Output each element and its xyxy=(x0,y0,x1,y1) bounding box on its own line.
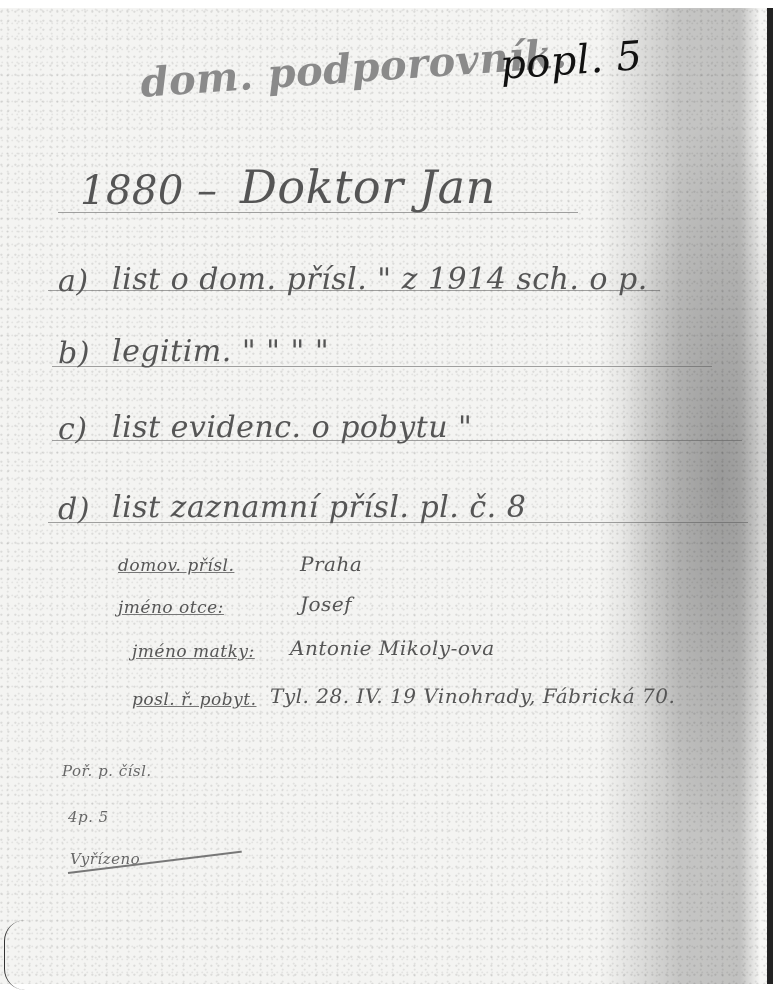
note-line-1: Poř. p. čísl. xyxy=(62,762,152,780)
ruled-line xyxy=(52,440,742,441)
field-label-mother: jméno matky: xyxy=(132,642,255,662)
header-reference: popl. 5 xyxy=(499,33,644,89)
item-c-marker: c) xyxy=(58,412,88,447)
item-a-marker: a) xyxy=(58,264,89,299)
title-name: Doktor Jan xyxy=(240,160,496,214)
field-label-domicile: domov. přísl. xyxy=(118,556,234,576)
field-label-last-residence: posl. ř. pobyt. xyxy=(132,690,257,710)
field-value-domicile: Praha xyxy=(300,552,362,576)
scan-edge-bottom xyxy=(0,984,773,1000)
field-value-mother: Antonie Mikoly-ova xyxy=(290,636,495,660)
paper-fold-mark xyxy=(4,920,25,990)
ruled-line xyxy=(52,366,712,367)
note-line-2: 4p. 5 xyxy=(68,808,109,826)
ruled-line xyxy=(48,290,660,291)
scan-edge-right xyxy=(767,8,773,988)
field-value-last-residence: Tyl. 28. IV. 19 Vinohrady, Fábrická 70. xyxy=(270,684,675,708)
ruled-line xyxy=(58,212,578,213)
scan-edge-top xyxy=(0,0,773,8)
field-label-father: jméno otce: xyxy=(118,598,224,618)
field-value-father: Josef xyxy=(300,592,352,616)
item-d-text: list zaznamní přísl. pl. č. 8 xyxy=(112,490,526,525)
scanned-document-page: dom. podporovník. popl. 5 1880 – Doktor … xyxy=(0,0,773,1000)
ruled-line xyxy=(48,522,748,523)
item-b-text: legitim. " " " " xyxy=(112,334,329,369)
title-year: 1880 – xyxy=(80,168,218,214)
item-a-text: list o dom. přísl. " z 1914 sch. o p. xyxy=(112,262,648,297)
